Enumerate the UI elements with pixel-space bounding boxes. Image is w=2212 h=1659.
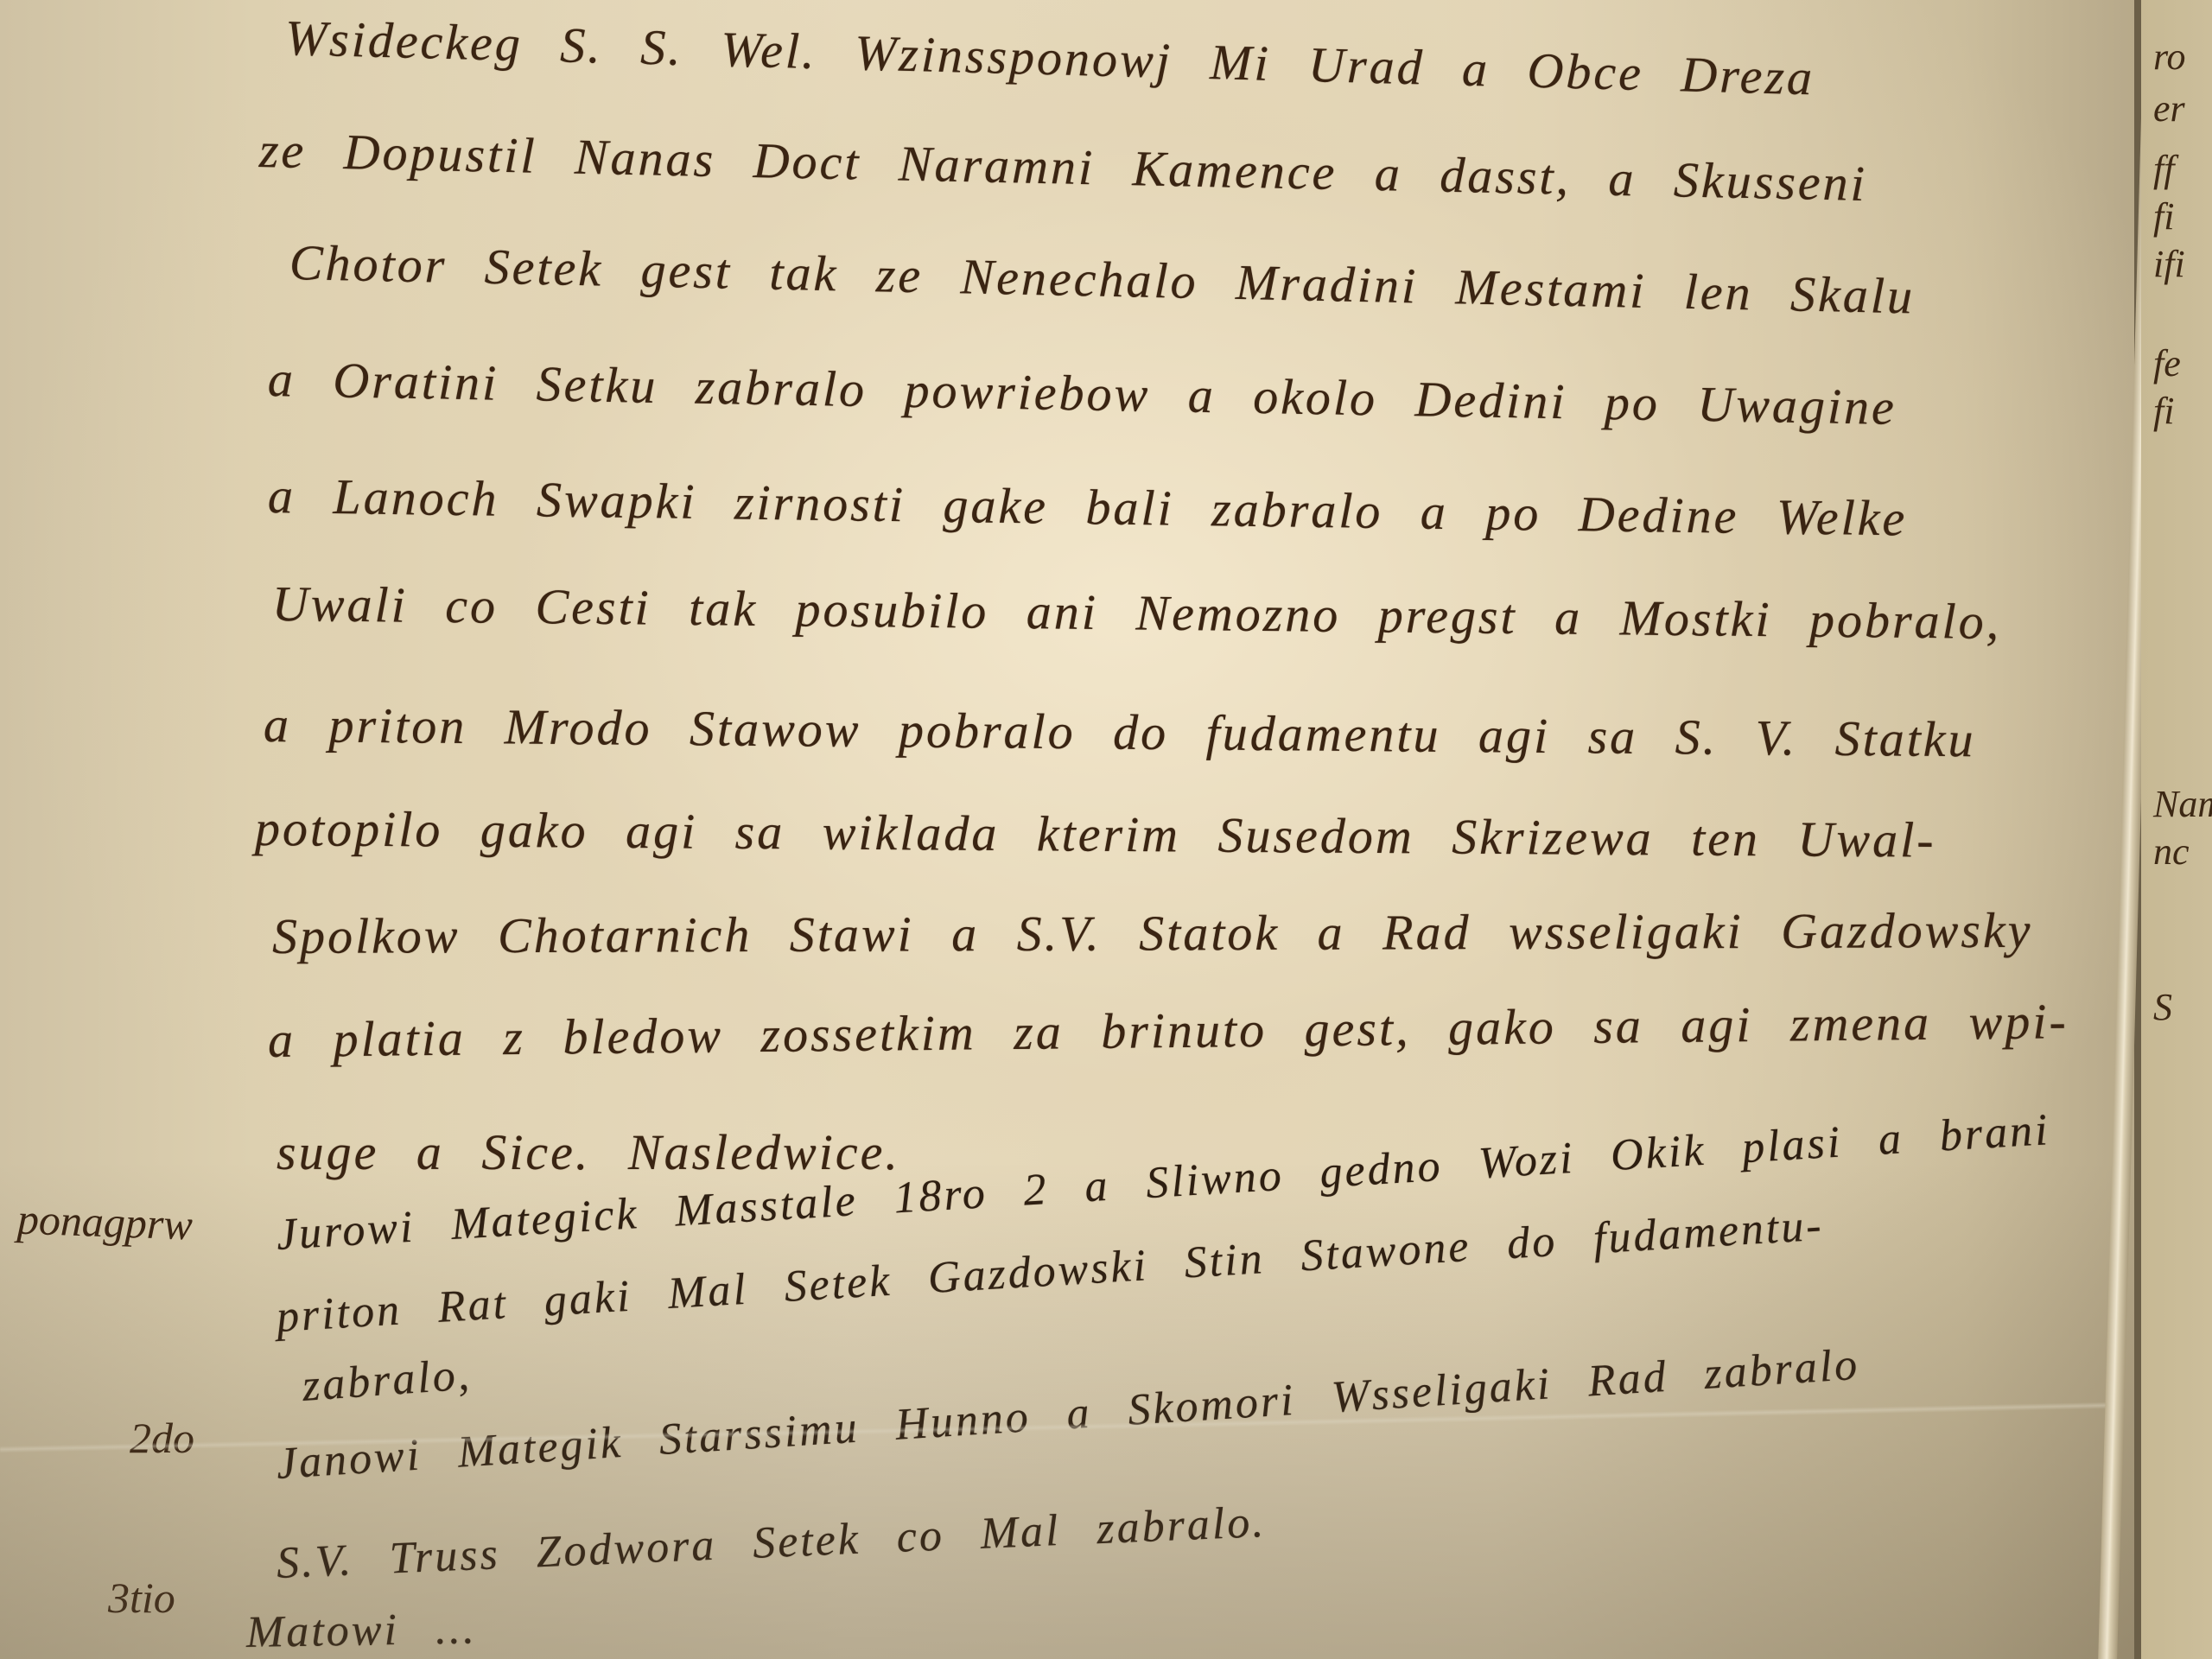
text-line-3: Chotor Setek gest tak ze Nenechalo Mradi… [289, 233, 1915, 325]
margin-note-third: 3tio [108, 1573, 175, 1623]
text-line-9: Spolkow Chotarnich Stawi a S.V. Statok a… [272, 901, 2033, 965]
adjacent-fragment: S [2153, 985, 2172, 1029]
text-line-2: ze Dopustil Nanas Doct Naramni Kamence a… [258, 121, 1867, 213]
adjacent-fragment: ro [2153, 35, 2186, 79]
margin-note-first: ponagprw [16, 1193, 194, 1249]
adjacent-fragment: Nam [2153, 782, 2212, 826]
text-line-4: a Oratini Setku zabralo powriebow a okol… [267, 350, 1897, 436]
text-line-6: Uwali co Cesti tak posubilo ani Nemozno … [272, 575, 2002, 651]
adjacent-fragment: fi [2153, 194, 2174, 238]
adjacent-fragment: ff [2153, 147, 2174, 191]
manuscript-page: Wsideckeg S. S. Wel. Wzinssponowj Mi Ura… [0, 0, 2134, 1659]
text-line-10: a platia z bledow zossetkim za brinuto g… [268, 992, 2069, 1069]
margin-note-second: 2do [130, 1413, 194, 1463]
entry-2-line-2: S.V. Truss Zodwora Setek co Mal zabralo. [276, 1497, 1268, 1589]
adjacent-fragment: nc [2153, 829, 2190, 874]
text-line-11: suge a Sice. Nasledwice. [276, 1123, 900, 1181]
adjacent-page: ro er ff fi ifi fe fi Nam nc S [2141, 0, 2212, 1659]
entry-3-line-1: Matowi ... [245, 1603, 477, 1658]
text-line-8: potopilo gako agi sa wiklada kterim Suse… [255, 799, 1936, 869]
adjacent-fragment: fi [2153, 389, 2174, 433]
text-line-5: a Lanoch Swapki zirnosti gake bali zabra… [268, 467, 1908, 547]
adjacent-fragment: ifi [2153, 242, 2185, 286]
text-line-7: a priton Mrodo Stawow pobralo do fudamen… [264, 696, 1976, 768]
adjacent-fragment: fe [2153, 341, 2181, 385]
entry-1-line-3: zabralo, [301, 1349, 474, 1412]
adjacent-fragment: er [2153, 86, 2185, 130]
text-line-1: Wsideckeg S. S. Wel. Wzinssponowj Mi Ura… [284, 9, 1815, 106]
